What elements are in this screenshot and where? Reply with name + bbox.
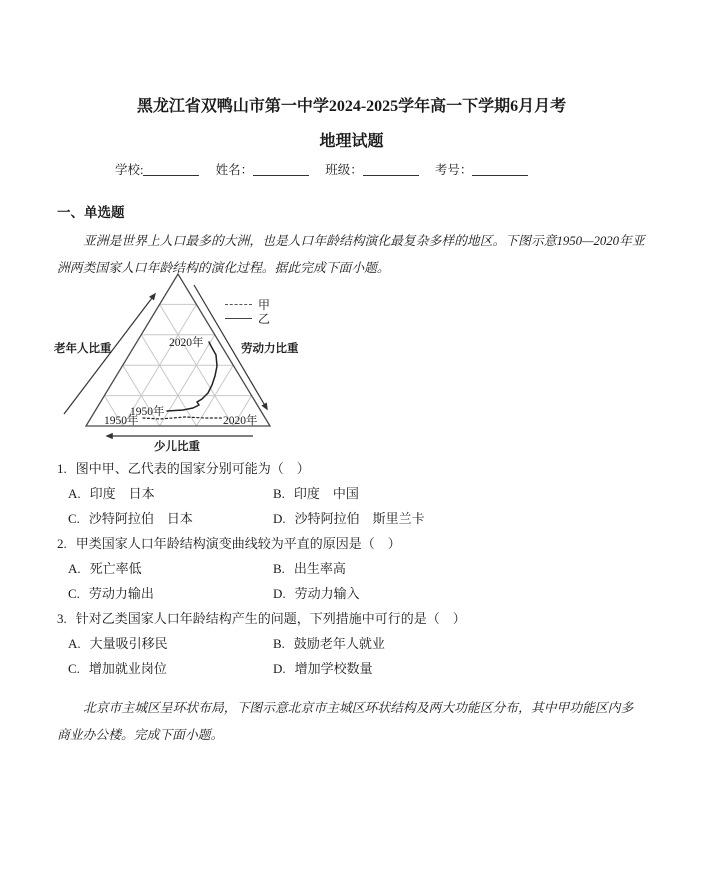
exam-page: 黑龙江省双鸭山市第一中学2024-2025学年高一下学期6月月考 地理试题 学校… <box>0 0 701 749</box>
option-3A-text: 大量吸引移民 <box>90 636 168 651</box>
option-2D-text: 劳动力输入 <box>295 586 360 601</box>
legend-dashed-line-icon <box>225 304 252 305</box>
left-axis-label: 老年人比重 <box>54 340 112 356</box>
question-3-options-row-1: A.大量吸引移民 B.鼓励老年人就业 <box>57 631 646 656</box>
year-label: 2020年 <box>169 334 204 350</box>
option-2C: C.劳动力输出 <box>68 581 273 606</box>
option-3C-key: C. <box>68 661 80 676</box>
field-school: 学校: <box>115 163 199 177</box>
year-label: 1950年 <box>130 403 165 419</box>
option-1C-key: C. <box>68 511 80 526</box>
section-heading: 一、单选题 <box>57 204 646 221</box>
question-2-options-row-2: C.劳动力输出 D.劳动力输入 <box>57 581 646 606</box>
option-3B: B.鼓励老年人就业 <box>273 631 385 656</box>
question-3-stem: 3.针对乙类国家人口年龄结构产生的问题，下列措施中可行的是（ ） <box>57 606 646 631</box>
intro-paragraph-2: 北京市主城区呈环状布局，下图示意北京市主城区环状结构及两大功能区分布，其中甲功能… <box>57 695 646 749</box>
exam-title: 黑龙江省双鸭山市第一中学2024-2025学年高一下学期6月月考 <box>57 0 646 117</box>
student-info-row: 学校: 姓名： 班级： 考号： <box>57 162 646 178</box>
question-3-text: 针对乙类国家人口年龄结构产生的问题，下列措施中可行的是（ ） <box>76 611 466 626</box>
option-1A-text: 印度 日本 <box>90 486 155 501</box>
question-list: 1.图中甲、乙代表的国家分别可能为（ ） A.印度 日本 B.印度 中国 C.沙… <box>57 456 646 681</box>
question-1-options-row-2: C.沙特阿拉伯 日本 D.沙特阿拉伯 斯里兰卡 <box>57 506 646 531</box>
option-3A: A.大量吸引移民 <box>68 631 273 656</box>
question-2: 2.甲类国家人口年龄结构演变曲线较为平直的原因是（ ） A.死亡率低 B.出生率… <box>57 531 646 606</box>
option-2B: B.出生率高 <box>273 556 346 581</box>
option-2B-key: B. <box>273 561 285 576</box>
field-name: 姓名： <box>216 163 310 177</box>
legend-solid-line-icon <box>225 318 252 319</box>
question-3: 3.针对乙类国家人口年龄结构产生的问题，下列措施中可行的是（ ） A.大量吸引移… <box>57 606 646 681</box>
population-ternary-diagram: 老年人比重 劳动力比重 少儿比重 甲 乙 1950年2020年1950年2020… <box>40 270 370 456</box>
option-3C-text: 增加就业岗位 <box>89 661 167 676</box>
option-2A: A.死亡率低 <box>68 556 273 581</box>
option-3B-key: B. <box>273 636 285 651</box>
option-2B-text: 出生率高 <box>294 561 346 576</box>
field-class: 班级： <box>325 163 419 177</box>
option-1A: A.印度 日本 <box>68 481 273 506</box>
option-2A-text: 死亡率低 <box>90 561 142 576</box>
question-2-text: 甲类国家人口年龄结构演变曲线较为平直的原因是（ ） <box>76 536 401 551</box>
option-3A-key: A. <box>68 636 81 651</box>
option-1C-text: 沙特阿拉伯 日本 <box>89 511 193 526</box>
field-exam-number-label: 考号： <box>435 163 473 177</box>
field-school-label: 学校: <box>115 163 143 177</box>
option-3C: C.增加就业岗位 <box>68 656 273 681</box>
chart-legend: 甲 乙 <box>225 297 270 325</box>
field-school-blank <box>143 162 199 176</box>
question-3-number: 3. <box>57 611 67 626</box>
question-2-stem: 2.甲类国家人口年龄结构演变曲线较为平直的原因是（ ） <box>57 531 646 556</box>
bottom-axis-label: 少儿比重 <box>154 438 200 454</box>
option-1C: C.沙特阿拉伯 日本 <box>68 506 273 531</box>
option-1D-text: 沙特阿拉伯 斯里兰卡 <box>295 511 425 526</box>
option-3D-key: D. <box>273 661 286 676</box>
option-1D-key: D. <box>273 511 286 526</box>
option-2C-text: 劳动力输出 <box>89 586 154 601</box>
option-2C-key: C. <box>68 586 80 601</box>
option-1B-key: B. <box>273 486 285 501</box>
field-exam-number-blank <box>472 162 528 176</box>
question-2-number: 2. <box>57 536 67 551</box>
option-2D-key: D. <box>273 586 286 601</box>
legend-item-yi: 乙 <box>225 311 270 325</box>
field-name-blank <box>253 162 309 176</box>
option-1A-key: A. <box>68 486 81 501</box>
right-axis-label: 劳动力比重 <box>241 340 299 356</box>
option-3D-text: 增加学校数量 <box>295 661 373 676</box>
ternary-svg <box>40 270 370 456</box>
option-3B-text: 鼓励老年人就业 <box>294 636 385 651</box>
exam-subtitle: 地理试题 <box>57 132 646 152</box>
option-1B: B.印度 中国 <box>273 481 359 506</box>
option-2A-key: A. <box>68 561 81 576</box>
option-1D: D.沙特阿拉伯 斯里兰卡 <box>273 506 425 531</box>
option-3D: D.增加学校数量 <box>273 656 373 681</box>
field-name-label: 姓名： <box>216 163 254 177</box>
question-2-options-row-1: A.死亡率低 B.出生率高 <box>57 556 646 581</box>
option-1B-text: 印度 中国 <box>294 486 359 501</box>
question-3-options-row-2: C.增加就业岗位 D.增加学校数量 <box>57 656 646 681</box>
field-class-blank <box>363 162 419 176</box>
field-exam-number: 考号： <box>435 163 529 177</box>
option-2D: D.劳动力输入 <box>273 581 360 606</box>
question-1-options-row-1: A.印度 日本 B.印度 中国 <box>57 481 646 506</box>
question-1: 1.图中甲、乙代表的国家分别可能为（ ） A.印度 日本 B.印度 中国 C.沙… <box>57 456 646 531</box>
field-class-label: 班级： <box>325 163 363 177</box>
legend-label-yi: 乙 <box>258 310 270 327</box>
question-1-text: 图中甲、乙代表的国家分别可能为（ ） <box>76 461 310 476</box>
question-1-number: 1. <box>57 461 67 476</box>
year-label: 2020年 <box>223 412 258 428</box>
question-1-stem: 1.图中甲、乙代表的国家分别可能为（ ） <box>57 456 646 481</box>
